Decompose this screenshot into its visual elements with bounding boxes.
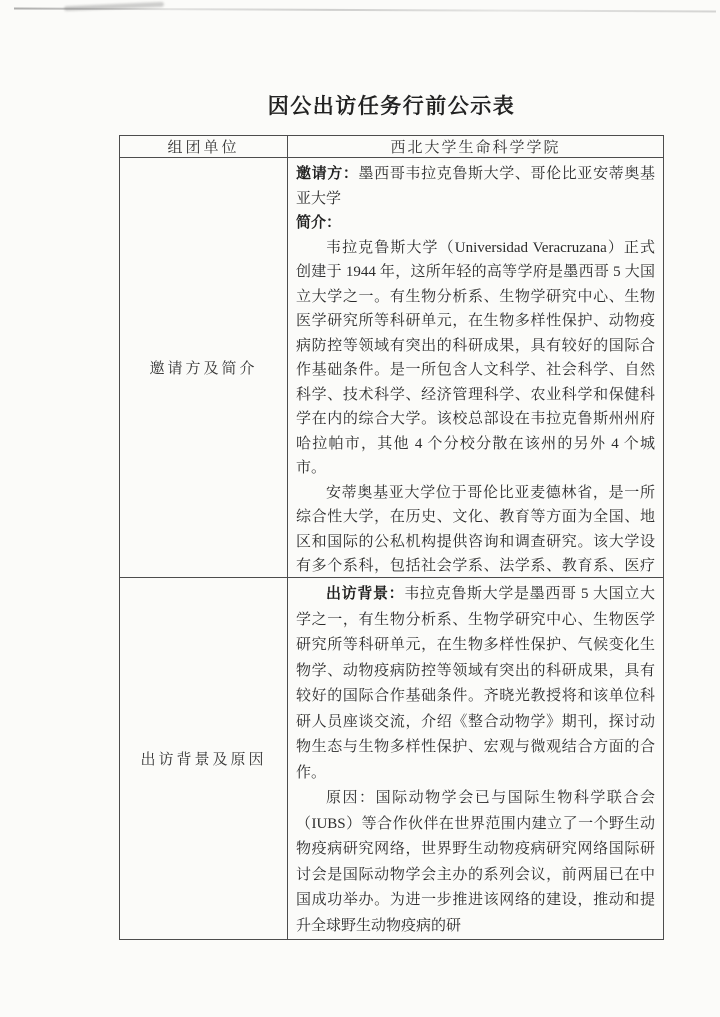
scanned-document: { "page": { "title": "因公出访任务行前公示表" }, "t… — [0, 0, 720, 1017]
paragraph-lead: 简介： — [296, 215, 341, 231]
table-row: 组团单位西北大学生命科学学院 — [120, 136, 663, 157]
form-table: 组团单位西北大学生命科学学院邀请方及简介邀请方：墨西哥韦拉克鲁斯大学、哥伦比亚安… — [119, 135, 664, 940]
table-row: 邀请方及简介邀请方：墨西哥韦拉克鲁斯大学、哥伦比亚安蒂奥基亚大学简介：韦拉克鲁斯… — [120, 157, 663, 577]
row-content: 西北大学生命科学学院 — [288, 136, 663, 157]
row-content: 邀请方：墨西哥韦拉克鲁斯大学、哥伦比亚安蒂奥基亚大学简介：韦拉克鲁斯大学（Uni… — [288, 158, 663, 577]
paragraph: 出访背景：韦拉克鲁斯大学是墨西哥 5 大国立大学之一，有生物分析系、生物学研究中… — [296, 582, 655, 786]
paragraph-text: 安蒂奥基亚大学位于哥伦比亚麦德林省，是一所综合性大学，在历史、文化、教育等方面为… — [296, 485, 655, 578]
row-content: 出访背景：韦拉克鲁斯大学是墨西哥 5 大国立大学之一，有生物分析系、生物学研究中… — [288, 578, 663, 939]
row-label: 邀请方及简介 — [120, 158, 288, 577]
paragraph-lead: 出访背景： — [326, 586, 404, 602]
cell-text: 西北大学生命科学学院 — [390, 136, 560, 157]
paragraph: 原因：国际动物学会已与国际生物科学联合会（IUBS）等合作伙伴在世界范围内建立了… — [296, 786, 655, 939]
paragraph: 安蒂奥基亚大学位于哥伦比亚麦德林省，是一所综合性大学，在历史、文化、教育等方面为… — [296, 481, 655, 578]
table-row: 出访背景及原因出访背景：韦拉克鲁斯大学是墨西哥 5 大国立大学之一，有生物分析系… — [120, 577, 663, 939]
paragraph-text: 韦拉克鲁斯大学是墨西哥 5 大国立大学之一，有生物分析系、生物学研究中心、生物医… — [296, 586, 655, 781]
paragraph-lead: 邀请方： — [296, 166, 359, 182]
paragraph: 韦拉克鲁斯大学（Universidad Veracruzana）正式创建于 19… — [296, 236, 655, 481]
row-label: 组团单位 — [120, 136, 288, 157]
paragraph: 简介： — [296, 211, 655, 236]
paragraph: 邀请方：墨西哥韦拉克鲁斯大学、哥伦比亚安蒂奥基亚大学 — [296, 162, 655, 211]
paragraph-text: 原因：国际动物学会已与国际生物科学联合会（IUBS）等合作伙伴在世界范围内建立了… — [296, 790, 655, 934]
paragraph-text: 韦拉克鲁斯大学（Universidad Veracruzana）正式创建于 19… — [296, 240, 655, 477]
row-label: 出访背景及原因 — [120, 578, 288, 939]
page-title: 因公出访任务行前公示表 — [119, 90, 664, 120]
